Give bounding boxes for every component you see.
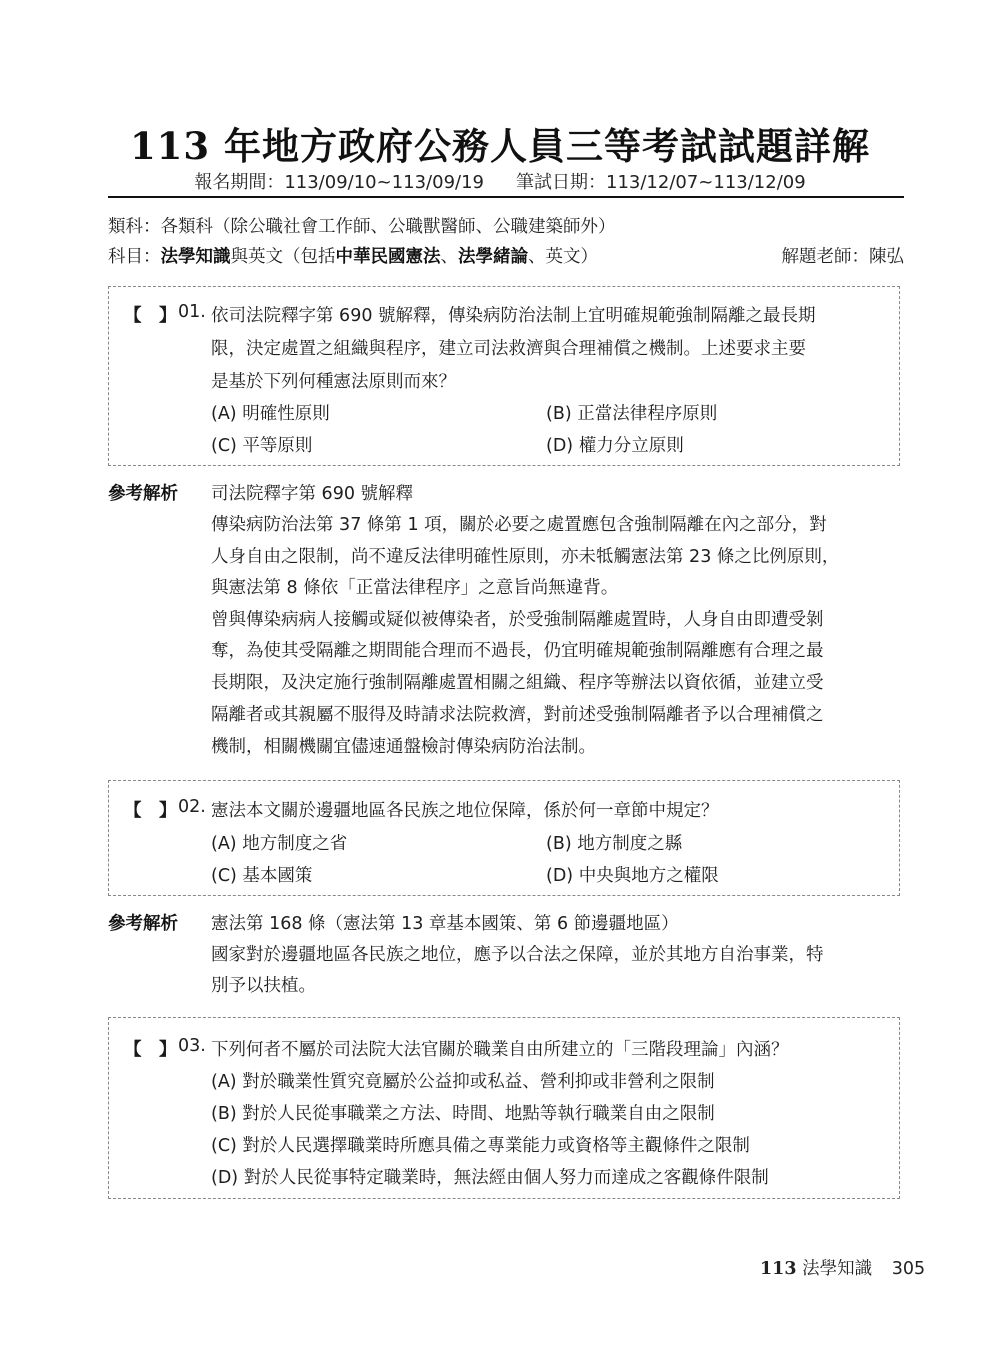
question-text-line: 下列何者不屬於司法院大法官關於職業自由所建立的「三階段理論」內涵？ xyxy=(211,1036,789,1061)
teacher-name: 解題老師：陳弘 xyxy=(782,243,905,268)
answer-text-line: 國家對於邊疆地區各民族之地位，應予以合法之保障，並於其地方自治事業，特 xyxy=(211,941,824,966)
page-footer: 113 法學知識 305 xyxy=(760,1255,925,1280)
answer-bracket-01: 【 】 xyxy=(124,302,177,327)
answer-bracket-02: 【 】 xyxy=(124,797,177,822)
title-divider xyxy=(108,196,904,198)
question-number-03: 03. xyxy=(178,1036,206,1056)
answer-text-line: 機制，相關機關宜儘速通盤檢討傳染病防治法制。 xyxy=(211,733,596,758)
answer-bracket-03: 【 】 xyxy=(124,1036,177,1061)
option-c: (C) 基本國策 xyxy=(211,862,312,887)
page-number: 305 xyxy=(892,1259,925,1279)
answer-text-line: 別予以扶植。 xyxy=(211,972,316,997)
option-a: (A) 對於職業性質究竟屬於公益抑或私益、營利抑或非營利之限制 xyxy=(211,1068,715,1093)
option-c: (C) 平等原則 xyxy=(211,432,312,457)
question-text-line: 憲法本文關於邊疆地區各民族之地位保障，係於何一章節中規定？ xyxy=(211,797,719,822)
option-b: (B) 地方制度之縣 xyxy=(546,830,682,855)
answer-text-line: 與憲法第 8 條依「正當法律程序」之意旨尚無違背。 xyxy=(211,574,618,599)
registration-period: 報名期間：113/09/10~113/09/19 xyxy=(194,172,484,193)
answer-label: 參考解析 xyxy=(108,480,178,505)
option-b: (B) 對於人民從事職業之方法、時間、地點等執行職業自由之限制 xyxy=(211,1100,715,1125)
option-d: (D) 權力分立原則 xyxy=(546,432,684,457)
document-page: 113 年地方政府公務人員三等考試試題詳解 報名期間：113/09/10~113… xyxy=(0,0,1000,1353)
option-a: (A) 明確性原則 xyxy=(211,400,330,425)
question-text-line: 是基於下列何種憲法原則而來？ xyxy=(211,368,456,393)
exam-date: 筆試日期：113/12/07~113/12/09 xyxy=(516,172,806,193)
question-number-01: 01. xyxy=(178,302,206,322)
answer-text-line: 司法院釋字第 690 號解釋 xyxy=(211,480,413,505)
answer-text-line: 長期限，及決定施行強制隔離處置相關之組織、程序等辦法以資依循，並建立受 xyxy=(211,669,824,694)
subject-line: 科目：法學知識與英文（包括中華民國憲法、法學緒論、英文） 解題老師：陳弘 xyxy=(108,243,904,268)
answer-label: 參考解析 xyxy=(108,910,178,935)
answer-text-line: 人身自由之限制，尚不違反法律明確性原則，亦未牴觸憲法第 23 條之比例原則， xyxy=(211,543,839,568)
answer-text-line: 傳染病防治法第 37 條第 1 項，關於必要之處置應包含強制隔離在內之部分，對 xyxy=(211,511,827,536)
subject-bold: 法學知識 xyxy=(161,247,231,267)
footer-subject: 法學知識 xyxy=(802,1259,872,1279)
question-number-02: 02. xyxy=(178,797,206,817)
answer-text-line: 曾與傳染病病人接觸或疑似被傳染者，於受強制隔離處置時，人身自由即遭受剝 xyxy=(211,606,824,631)
option-a: (A) 地方制度之省 xyxy=(211,830,347,855)
answer-text-line: 隔離者或其親屬不服得及時請求法院救濟，對前述受強制隔離者予以合理補償之 xyxy=(211,701,824,726)
footer-year: 113 xyxy=(760,1259,797,1279)
page-title: 113 年地方政府公務人員三等考試試題詳解 xyxy=(0,116,1000,170)
question-text-line: 依司法院釋字第 690 號解釋，傳染病防治法制上宜明確規範強制隔離之最長期 xyxy=(211,302,816,327)
option-d: (D) 對於人民從事特定職業時，無法經由個人努力而達成之客觀條件限制 xyxy=(211,1164,769,1189)
category-line: 類科：各類科（除公職社會工作師、公職獸醫師、公職建築師外） xyxy=(108,213,904,238)
question-text-line: 限，決定處置之組織與程序，建立司法救濟與合理補償之機制。上述要求主要 xyxy=(211,335,806,360)
answer-text-line: 憲法第 168 條（憲法第 13 章基本國策、第 6 節邊疆地區） xyxy=(211,910,679,935)
option-c: (C) 對於人民選擇職業時所應具備之專業能力或資格等主觀條件之限制 xyxy=(211,1132,750,1157)
exam-schedule: 報名期間：113/09/10~113/09/19筆試日期：113/12/07~1… xyxy=(0,168,1000,194)
option-d: (D) 中央與地方之權限 xyxy=(546,862,719,887)
answer-text-line: 奪，為使其受隔離之期間能合理而不過長，仍宜明確規範強制隔離應有合理之最 xyxy=(211,637,824,662)
option-b: (B) 正當法律程序原則 xyxy=(546,400,717,425)
